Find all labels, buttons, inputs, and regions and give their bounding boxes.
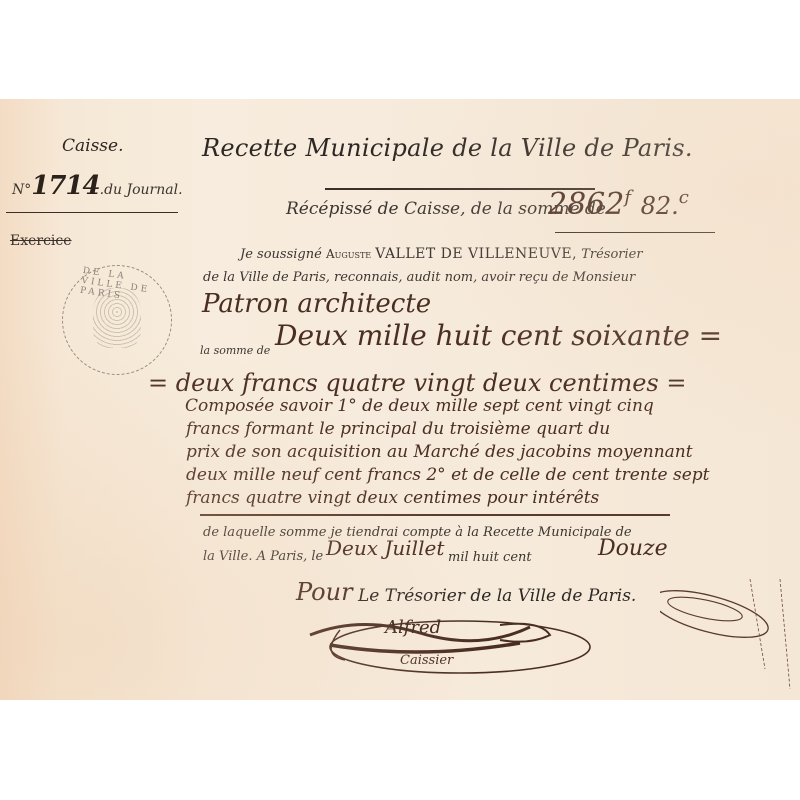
municipal-seal-stamp: DE LA VILLE DE PARIS (62, 265, 172, 375)
signature-role: Caissier (400, 653, 453, 668)
treasurer-first-name: Auguste (326, 247, 371, 261)
date-year: Douze (598, 536, 668, 561)
treasurer-statement-line2: de la Ville de Paris, reconnais, audit n… (203, 270, 635, 285)
treasurer-signature-line: Le Trésorier de la Ville de Paris. (358, 586, 636, 606)
journal-entry: N°1714.du Journal. (12, 171, 183, 201)
treasurer-statement-line1: Je soussigné Auguste VALLET DE VILLENEUV… (240, 246, 643, 262)
payment-detail-5: francs quatre vingt deux centimes pour i… (186, 488, 599, 508)
amount-in-words-1: Deux mille huit cent soixante = (275, 319, 722, 352)
payment-detail-1: Composée savoir 1° de deux mille sept ce… (185, 396, 654, 416)
exercice-label-struck: Exercice (10, 233, 72, 249)
somme-label: la somme de (200, 344, 270, 357)
signature-name: Alfred (385, 617, 441, 638)
receipt-amount: 2862f 82.c (548, 187, 689, 222)
amount-underline (555, 232, 715, 233)
amount-centimes: 82. (641, 192, 679, 220)
payment-detail-3: prix de son acquisition au Marché des ja… (186, 442, 693, 462)
pour-handwritten: Pour (296, 578, 353, 606)
document-title: Recette Municipale de la Ville de Paris. (202, 134, 693, 162)
journal-number: 1714 (31, 171, 99, 201)
journal-prefix: N° (12, 182, 31, 198)
closing-line-2: la Ville. A Paris, le (203, 549, 323, 564)
amount-francs: 2862 (548, 187, 624, 222)
date-day: Deux Juillet (326, 536, 444, 560)
journal-divider (6, 212, 178, 213)
treasurer-title: Trésorier (581, 247, 642, 262)
seal-figure-icon (93, 288, 141, 348)
franc-mark: f (624, 187, 631, 208)
journal-suffix: .du Journal. (100, 182, 183, 198)
receipt-paper: Caisse. N°1714.du Journal. Exercice DE L… (0, 99, 800, 700)
payment-detail-2: francs formant le principal du troisième… (186, 419, 610, 439)
caisse-label: Caisse. (62, 136, 124, 156)
soussigne-text: Je soussigné (240, 247, 322, 262)
centime-mark: c (679, 187, 689, 208)
signature-flourish-icon (300, 605, 600, 685)
payee-name: Patron architecte (202, 289, 431, 319)
amount-in-words-2: = deux francs quatre vingt deux centimes… (148, 369, 686, 397)
treasurer-surname: VALLET DE VILLENEUVE, (375, 246, 577, 262)
margin-annotation-icon (660, 579, 800, 699)
payment-detail-4: deux mille neuf cent francs 2° et de cel… (186, 465, 710, 485)
mil-huit-cent-text: mil huit cent (448, 550, 532, 565)
detail-end-rule (200, 514, 670, 516)
